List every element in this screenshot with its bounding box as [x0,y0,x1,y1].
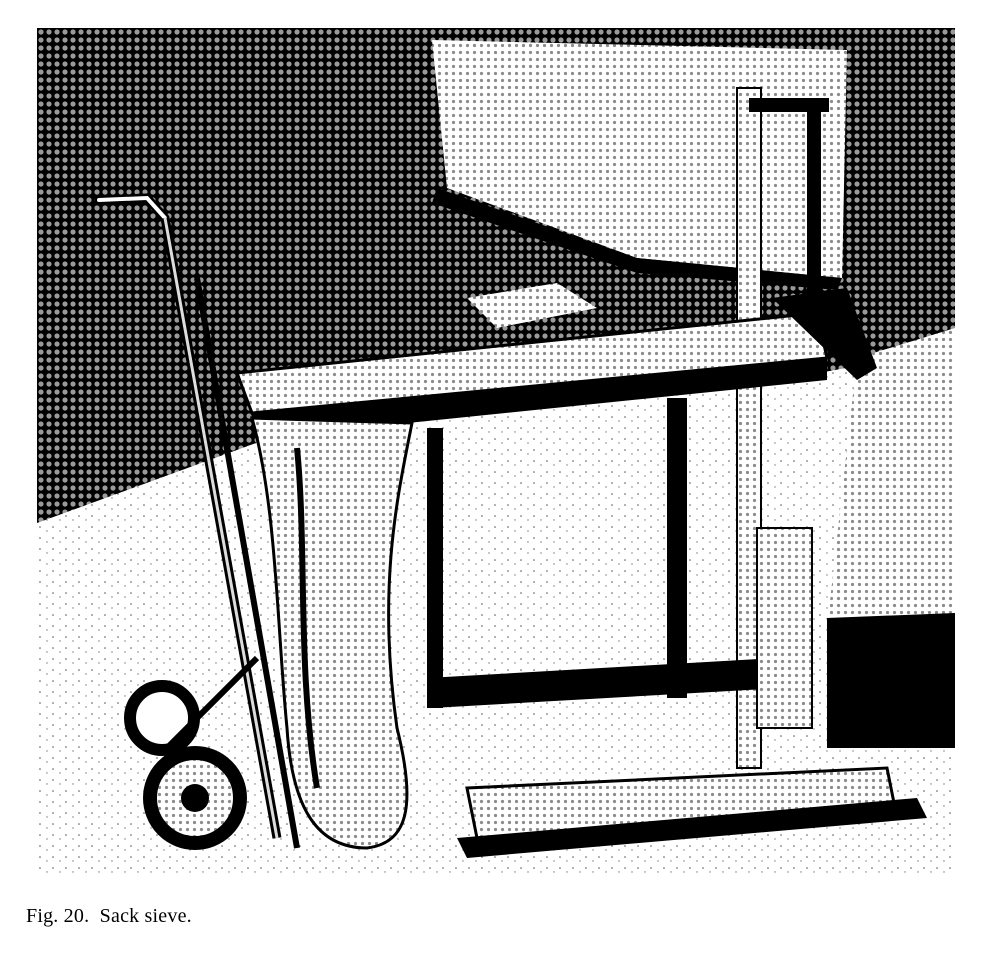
sack-sieve-photo [37,28,955,876]
figure-caption: Fig. 20. Sack sieve. [26,905,192,928]
figure-photograph [37,28,955,876]
